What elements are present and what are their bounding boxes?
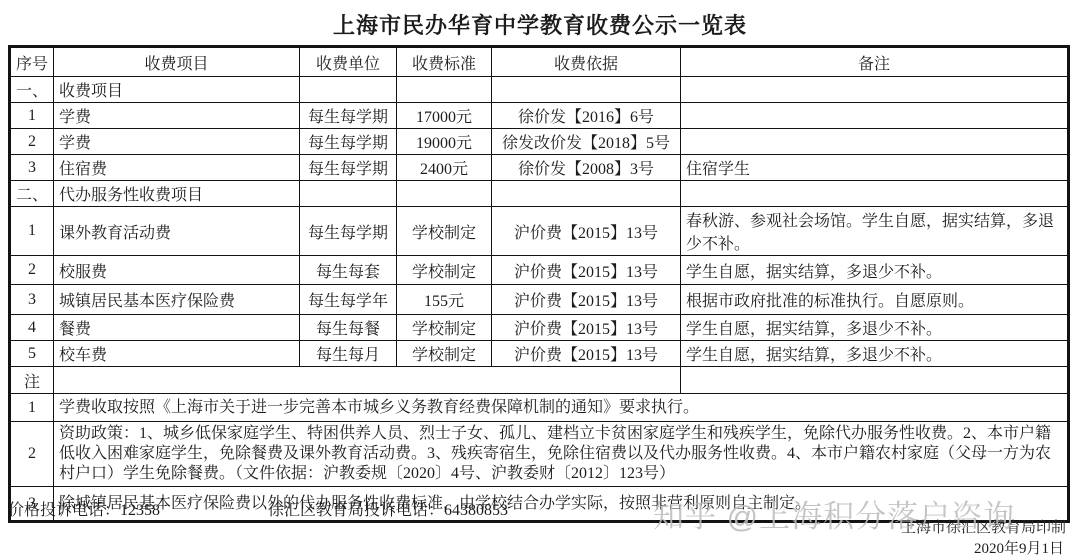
education-bureau-hotline: 徐汇区教育局投诉电话：64380853 — [268, 497, 508, 520]
cell-unit: 每生每学期 — [300, 103, 397, 129]
cell-standard: 学校制定 — [397, 207, 492, 256]
note-row: 1 学费收取按照《上海市关于进一步完善本市城乡义务教育经费保障机制的通知》要求执… — [10, 394, 1069, 422]
cell-no: 5 — [10, 341, 54, 367]
note-text: 学费收取按照《上海市关于进一步完善本市城乡义务教育经费保障机制的通知》要求执行。 — [54, 394, 1069, 422]
cell-remark — [681, 103, 1069, 129]
cell-item: 学费 — [54, 103, 300, 129]
cell-remark: 根据市政府批准的标准执行。自愿原则。 — [681, 285, 1069, 315]
empty-cell — [397, 77, 492, 103]
section-index: 一、 — [10, 77, 54, 103]
section-label: 代办服务性收费项目 — [54, 181, 300, 207]
print-date: 2020年9月1日 — [974, 537, 1064, 558]
cell-no: 1 — [10, 207, 54, 256]
empty-cell — [681, 181, 1069, 207]
cell-item: 学费 — [54, 129, 300, 155]
section-header-row: 二、 代办服务性收费项目 — [10, 181, 1069, 207]
section-index: 二、 — [10, 181, 54, 207]
header-item: 收费项目 — [54, 47, 300, 77]
cell-unit: 每生每学期 — [300, 129, 397, 155]
cell-standard: 学校制定 — [397, 256, 492, 285]
section-label: 收费项目 — [54, 77, 300, 103]
note-no: 1 — [10, 394, 54, 422]
cell-remark: 学生自愿，据实结算，多退少不补。 — [681, 256, 1069, 285]
cell-unit: 每生每学期 — [300, 155, 397, 181]
cell-unit: 每生每套 — [300, 256, 397, 285]
page-title: 上海市民办华育中学教育收费公示一览表 — [0, 9, 1080, 40]
cell-item: 餐费 — [54, 315, 300, 341]
cell-standard: 155元 — [397, 285, 492, 315]
cell-unit: 每生每学年 — [300, 285, 397, 315]
cell-item: 城镇居民基本医疗保险费 — [54, 285, 300, 315]
empty-cell — [300, 77, 397, 103]
note-text: 资助政策：1、城乡低保家庭学生、特困供养人员、烈士子女、孤儿、建档立卡贫困家庭学… — [54, 422, 1069, 487]
cell-item: 住宿费 — [54, 155, 300, 181]
table-row: 2 学费 每生每学期 19000元 徐发改价发【2018】5号 — [10, 129, 1069, 155]
cell-basis: 沪价费【2015】13号 — [492, 285, 681, 315]
cell-standard: 19000元 — [397, 129, 492, 155]
table-header-row: 序号 收费项目 收费单位 收费标准 收费依据 备注 — [10, 47, 1069, 77]
cell-no: 1 — [10, 103, 54, 129]
table-row: 3 城镇居民基本医疗保险费 每生每学年 155元 沪价费【2015】13号 根据… — [10, 285, 1069, 315]
price-complaint-hotline: 价格投诉电话：12358 — [8, 497, 160, 520]
header-unit: 收费单位 — [300, 47, 397, 77]
cell-no: 4 — [10, 315, 54, 341]
table-row: 1 课外教育活动费 每生每学期 学校制定 沪价费【2015】13号 春秋游、参观… — [10, 207, 1069, 256]
table-row: 2 校服费 每生每套 学校制定 沪价费【2015】13号 学生自愿，据实结算，多… — [10, 256, 1069, 285]
empty-cell — [397, 181, 492, 207]
empty-cell — [492, 181, 681, 207]
header-standard: 收费标准 — [397, 47, 492, 77]
cell-no: 3 — [10, 285, 54, 315]
cell-basis: 徐价发【2008】3号 — [492, 155, 681, 181]
cell-standard: 2400元 — [397, 155, 492, 181]
cell-basis: 沪价费【2015】13号 — [492, 256, 681, 285]
cell-unit: 每生每月 — [300, 341, 397, 367]
cell-remark — [681, 129, 1069, 155]
cell-unit: 每生每餐 — [300, 315, 397, 341]
cell-no: 2 — [10, 256, 54, 285]
cell-standard: 学校制定 — [397, 341, 492, 367]
table-row: 3 住宿费 每生每学期 2400元 徐价发【2008】3号 住宿学生 — [10, 155, 1069, 181]
notes-header-row: 注 — [10, 367, 1069, 394]
empty-cell — [54, 367, 681, 394]
cell-basis: 徐价发【2016】6号 — [492, 103, 681, 129]
note-no: 2 — [10, 422, 54, 487]
empty-cell — [681, 367, 1069, 394]
cell-item: 校车费 — [54, 341, 300, 367]
header-no: 序号 — [10, 47, 54, 77]
cell-no: 2 — [10, 129, 54, 155]
cell-item: 校服费 — [54, 256, 300, 285]
printed-by: 上海市徐汇区教育局印制 — [901, 516, 1066, 537]
header-basis: 收费依据 — [492, 47, 681, 77]
cell-item: 课外教育活动费 — [54, 207, 300, 256]
table-row: 4 餐费 每生每餐 学校制定 沪价费【2015】13号 学生自愿，据实结算，多退… — [10, 315, 1069, 341]
table-row: 5 校车费 每生每月 学校制定 沪价费【2015】13号 学生自愿，据实结算，多… — [10, 341, 1069, 367]
note-row: 2 资助政策：1、城乡低保家庭学生、特困供养人员、烈士子女、孤儿、建档立卡贫困家… — [10, 422, 1069, 487]
cell-basis: 徐发改价发【2018】5号 — [492, 129, 681, 155]
empty-cell — [492, 77, 681, 103]
cell-remark: 春秋游、参观社会场馆。学生自愿，据实结算，多退少不补。 — [681, 207, 1069, 256]
table-row: 1 学费 每生每学期 17000元 徐价发【2016】6号 — [10, 103, 1069, 129]
section-header-row: 一、 收费项目 — [10, 77, 1069, 103]
empty-cell — [300, 181, 397, 207]
cell-basis: 沪价费【2015】13号 — [492, 207, 681, 256]
cell-standard: 17000元 — [397, 103, 492, 129]
empty-cell — [681, 77, 1069, 103]
cell-remark: 学生自愿，据实结算，多退少不补。 — [681, 315, 1069, 341]
cell-basis: 沪价费【2015】13号 — [492, 315, 681, 341]
cell-basis: 沪价费【2015】13号 — [492, 341, 681, 367]
cell-standard: 学校制定 — [397, 315, 492, 341]
cell-remark: 住宿学生 — [681, 155, 1069, 181]
cell-remark: 学生自愿，据实结算，多退少不补。 — [681, 341, 1069, 367]
header-remark: 备注 — [681, 47, 1069, 77]
notes-label: 注 — [10, 367, 54, 394]
cell-no: 3 — [10, 155, 54, 181]
fee-table: 序号 收费项目 收费单位 收费标准 收费依据 备注 一、 收费项目 1 学费 每… — [8, 45, 1070, 523]
cell-unit: 每生每学期 — [300, 207, 397, 256]
